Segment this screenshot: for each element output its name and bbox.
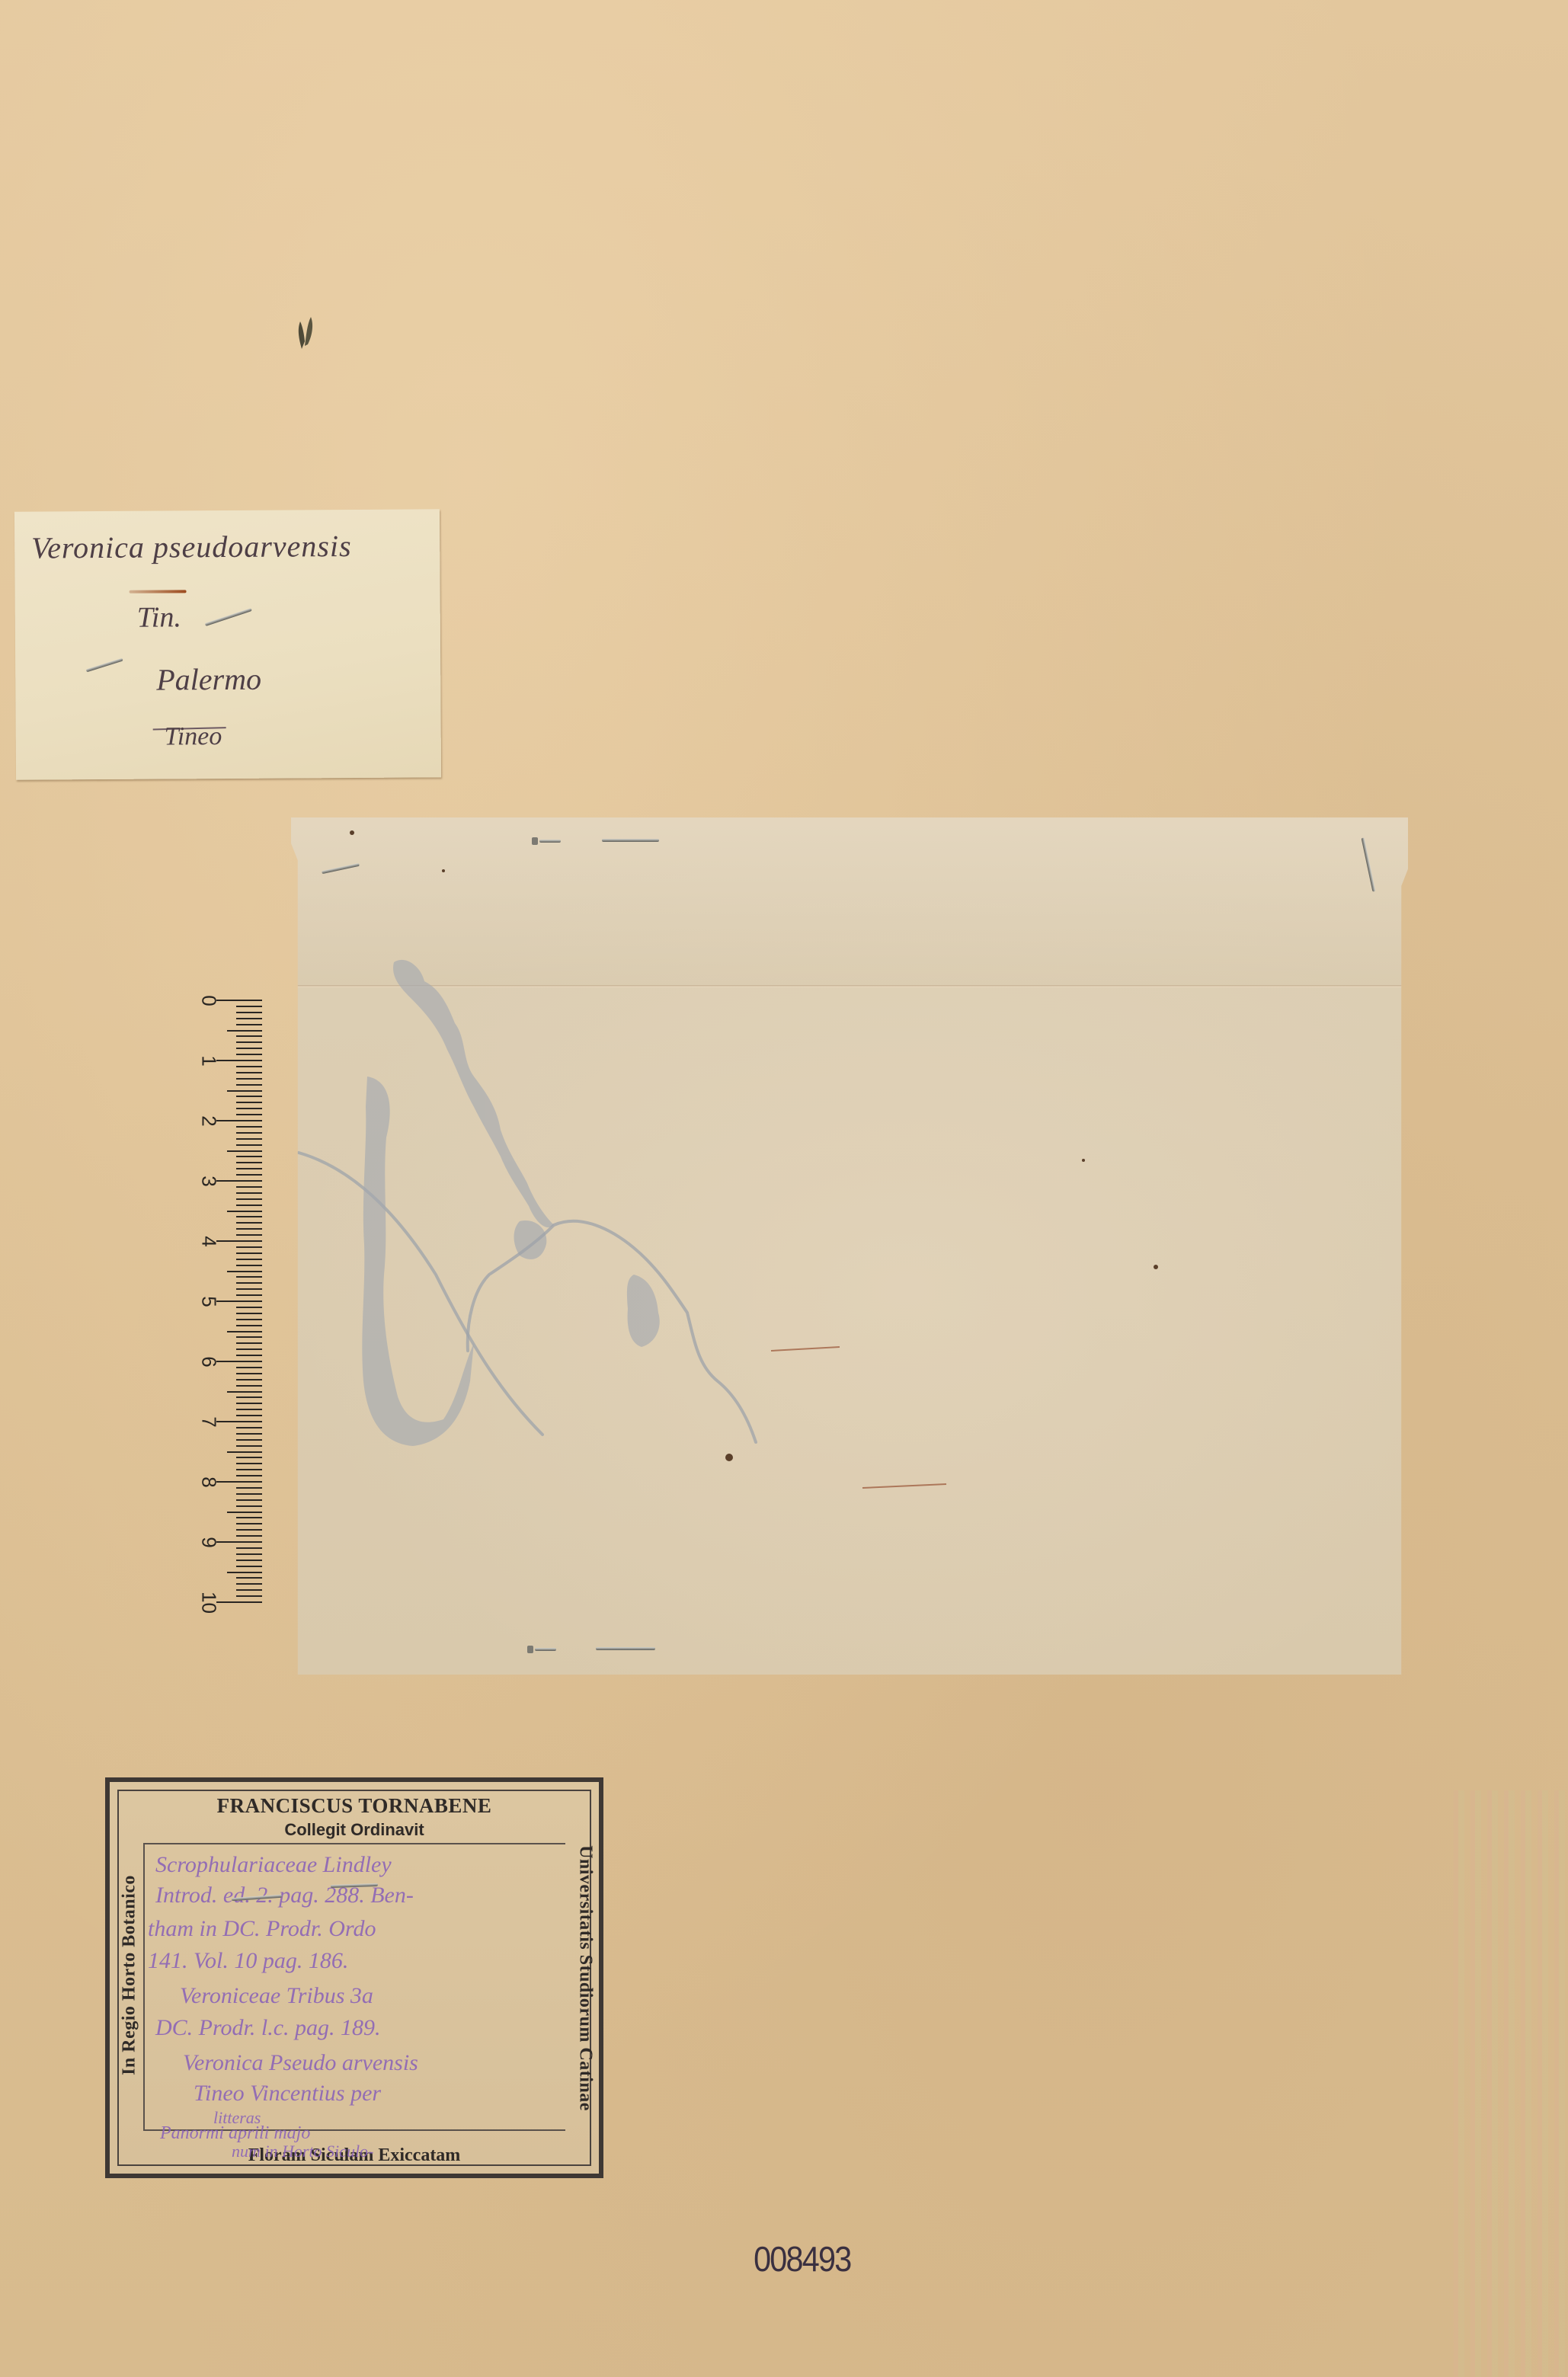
- ruler-tick: [236, 1252, 262, 1254]
- ruler-tick: [236, 1433, 262, 1435]
- ruler-tick: [236, 1084, 262, 1086]
- ruler-major-line: [216, 1180, 232, 1182]
- ruler-tick: [236, 1523, 262, 1524]
- ruler-tick: [236, 1319, 262, 1320]
- pin-head-icon: [532, 837, 538, 845]
- pin-icon: [205, 608, 252, 626]
- ruler-tick: [236, 1583, 262, 1585]
- ruler-tick: [227, 1331, 262, 1332]
- catalog-number: 008493: [754, 2238, 850, 2279]
- ruler-tick: [227, 1391, 262, 1393]
- ruler-tick: [236, 1499, 262, 1501]
- label-handwriting: Tineo Vincentius per: [194, 2081, 381, 2107]
- ruler-major-line: [216, 1541, 232, 1543]
- species-name: Veronica pseudoarvensis: [31, 528, 352, 566]
- ruler-tick: [236, 1553, 262, 1555]
- ruler-major-line: [216, 1361, 232, 1362]
- ruler-tick: [236, 1505, 262, 1507]
- ruler-tick: [236, 1385, 262, 1387]
- loose-seed-fragment: [296, 315, 315, 350]
- ruler-tick: [236, 1108, 262, 1109]
- ruler-tick: [236, 1066, 262, 1067]
- rust-stain: [130, 590, 187, 593]
- ruler-tick: [227, 1150, 262, 1152]
- ruler-tick: [236, 1048, 262, 1049]
- ruler-tick: [236, 1222, 262, 1224]
- ruler-tick: [227, 1451, 262, 1453]
- ruler-tick: [236, 1469, 262, 1470]
- ruler-tick: [236, 1288, 262, 1290]
- ruler-tick: [236, 1259, 262, 1260]
- ruler-tick: [236, 1336, 262, 1338]
- ruler-tick: [236, 1186, 262, 1188]
- ruler-major-line: [216, 1300, 232, 1302]
- ruler-tick: [236, 1517, 262, 1518]
- scale-ruler: 0 1 2 3 4 5 6 7 8 9 10: [194, 989, 262, 1614]
- label-handwriting: Veroniceae Tribus 3a: [180, 1983, 373, 2009]
- ruler-tick: [236, 1307, 262, 1308]
- ruler-tick: [236, 1415, 262, 1416]
- label-collector: FRANCISCUS TORNABENE: [110, 1794, 599, 1818]
- ruler-tick: [236, 1348, 262, 1350]
- specimen-packet: [291, 817, 1408, 1675]
- ruler-tick: [236, 1096, 262, 1097]
- ruler-tick: [236, 1475, 262, 1476]
- ruler-tick: [227, 1512, 262, 1513]
- ruler-tick: [236, 1168, 262, 1169]
- collection-label: FRANCISCUS TORNABENE Collegit Ordinavit …: [105, 1777, 603, 2178]
- ruler-tick: [236, 1294, 262, 1296]
- ruler-tick: [236, 1072, 262, 1073]
- ruler-tick: [236, 1487, 262, 1489]
- ruler-tick: [227, 1271, 262, 1272]
- ruler-major-line: [216, 1240, 232, 1242]
- ruler-tick: [236, 1457, 262, 1458]
- ruler-major-line: [216, 1000, 232, 1001]
- ruler-tick: [236, 1018, 262, 1019]
- ruler-tick: [236, 1445, 262, 1447]
- ruler-tick: [236, 1078, 262, 1080]
- ruler-tick: [236, 1234, 262, 1236]
- label-handwriting: Panormi aprili majo: [160, 2123, 310, 2144]
- collector-signature: Tineo: [165, 722, 222, 751]
- ruler-tick: [236, 1204, 262, 1206]
- pin-icon: [535, 1648, 556, 1651]
- pressed-plant-specimen: [291, 817, 1408, 1675]
- ruler-major-line: [216, 1601, 232, 1603]
- ruler-tick: [236, 1463, 262, 1464]
- ruler-major-line: [216, 1060, 232, 1061]
- ruler-tick: [236, 1313, 262, 1314]
- ruler-tick: [236, 1379, 262, 1380]
- ruler-tick: [236, 1325, 262, 1326]
- pin-icon: [602, 839, 659, 842]
- ruler-tick: [236, 1493, 262, 1495]
- ruler-tick: [236, 1396, 262, 1398]
- label-handwriting: Scrophulariaceae Lindley: [155, 1852, 392, 1878]
- ruler-tick: [227, 1211, 262, 1212]
- ruler-tick: [236, 1439, 262, 1441]
- ruler-tick: [236, 1529, 262, 1531]
- ruler-tick: [236, 1595, 262, 1597]
- label-side-right: Universitatis Studiorum Catinae: [575, 1788, 596, 2169]
- label-handwriting: DC. Prodr. l.c. pag. 189.: [155, 2015, 381, 2041]
- ruler-tick: [227, 1030, 262, 1032]
- pin-icon: [539, 840, 561, 843]
- ruler-tick: [236, 1276, 262, 1278]
- herbarium-sheet: Veronica pseudoarvensis Tin. Palermo Tin…: [0, 0, 1568, 2377]
- ruler-tick: [236, 1409, 262, 1410]
- ruler-tick: [236, 1216, 262, 1217]
- ruler-tick: [236, 1373, 262, 1374]
- ruler-tick: [236, 1054, 262, 1055]
- ruler-major-line: [216, 1421, 232, 1422]
- ruler-tick: [236, 1035, 262, 1037]
- ruler-tick: [236, 1265, 262, 1266]
- ruler-tick: [236, 1566, 262, 1567]
- ruler-tick: [236, 1126, 262, 1128]
- ruler-tick: [236, 1006, 262, 1007]
- ruler-tick: [236, 1144, 262, 1146]
- label-handwriting: 141. Vol. 10 pag. 186.: [148, 1948, 348, 1974]
- pin-icon: [596, 1647, 655, 1650]
- ruler-tick: [236, 1024, 262, 1025]
- ruler-tick: [236, 1102, 262, 1103]
- ruler-tick: [236, 1198, 262, 1200]
- label-handwriting: num in Horto Siculo-: [232, 2142, 373, 2161]
- ruler-tick: [236, 1012, 262, 1013]
- ruler-tick: [236, 1367, 262, 1368]
- ruler-tick: [236, 1156, 262, 1157]
- ruler-tick: [227, 1572, 262, 1573]
- ruler-major-line: [216, 1120, 232, 1121]
- ruler-tick: [236, 1342, 262, 1344]
- sheet-edge-discoloration: [1454, 1790, 1568, 2377]
- label-side-left: In Regio Horto Botanico: [120, 1793, 140, 2158]
- ruler-tick: [236, 1560, 262, 1561]
- ruler-tick: [236, 1282, 262, 1284]
- label-handwriting: tham in DC. Prodr. Ordo: [148, 1916, 376, 1942]
- ruler-tick: [236, 1427, 262, 1428]
- ruler-tick: [236, 1246, 262, 1248]
- ruler-tick: [236, 1138, 262, 1140]
- label-handwriting: Introd. ed. 2. pag. 288. Ben-: [155, 1883, 414, 1908]
- ruler-tick: [236, 1114, 262, 1115]
- ruler-tick: [236, 1132, 262, 1134]
- pin-icon: [86, 658, 123, 673]
- pin-head-icon: [527, 1646, 533, 1653]
- ruler-tick: [236, 1041, 262, 1043]
- determination-label: Veronica pseudoarvensis Tin. Palermo Tin…: [14, 509, 441, 779]
- ruler-tick: [236, 1547, 262, 1549]
- label-subtitle: Collegit Ordinavit: [110, 1820, 599, 1840]
- locality: Palermo: [156, 661, 261, 698]
- author-abbrev: Tin.: [137, 600, 181, 634]
- ruler-tick: [236, 1355, 262, 1356]
- ruler-tick: [236, 1192, 262, 1194]
- label-handwriting: Veronica Pseudo arvensis: [183, 2050, 418, 2076]
- ruler-tick: [236, 1162, 262, 1163]
- ruler-tick: [236, 1174, 262, 1176]
- ruler-tick: [227, 1090, 262, 1092]
- ruler-major-line: [216, 1481, 232, 1483]
- ruler-tick: [236, 1589, 262, 1591]
- ruler-tick: [236, 1577, 262, 1579]
- ruler-tick: [236, 1535, 262, 1537]
- ruler-tick: [236, 1403, 262, 1404]
- ruler-tick: [236, 1228, 262, 1230]
